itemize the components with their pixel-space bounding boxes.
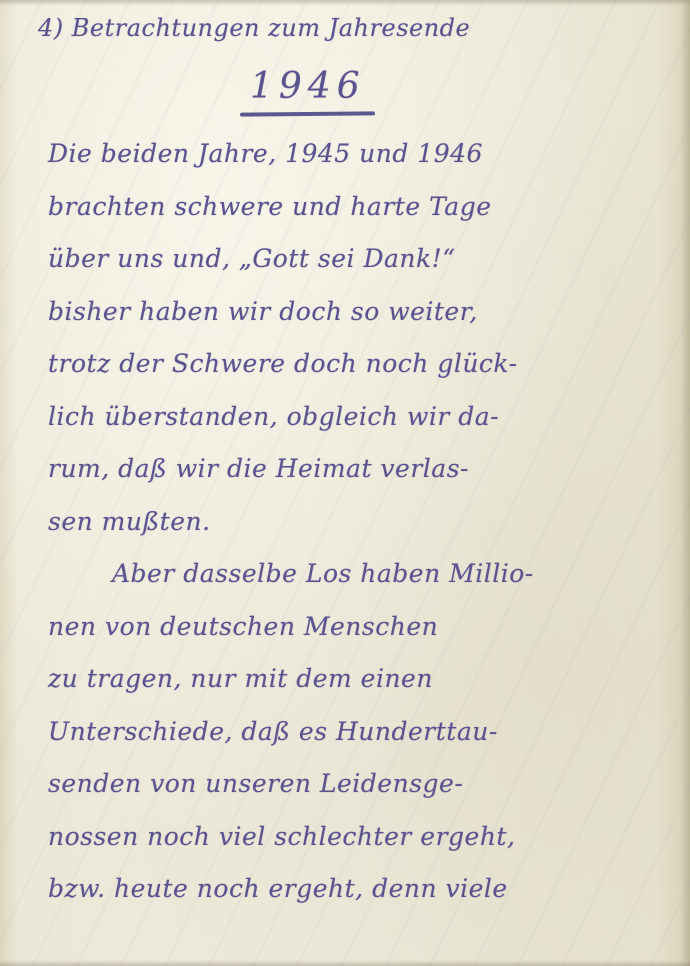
text-line: trotz der Schwere doch noch glück-: [48, 338, 673, 391]
text-line: nen von deutschen Menschen: [48, 601, 673, 654]
text-line: über uns und, „Gott sei Dank!“: [48, 233, 673, 286]
handwritten-body: Die beiden Jahre, 1945 und 1946 brachten…: [48, 128, 673, 916]
text-line: bisher haben wir doch so weiter,: [48, 286, 673, 339]
text-line: nossen noch viel schlechter ergeht,: [48, 811, 673, 864]
text-line: lich überstanden, obgleich wir da-: [48, 391, 673, 444]
page-bottom-edge: [0, 960, 690, 966]
text-line: Unterschiede, daß es Hunderttau-: [48, 706, 673, 759]
year-title: 1946: [250, 66, 366, 107]
page-right-edge: [680, 0, 690, 966]
text-line: zu tragen, nur mit dem einen: [48, 653, 673, 706]
text-line: brachten schwere und harte Tage: [48, 181, 673, 234]
text-line: Die beiden Jahre, 1945 und 1946: [48, 128, 673, 181]
text-line: bzw. heute noch ergeht, denn viele: [48, 863, 673, 916]
text-line: Aber dasselbe Los haben Millio-: [48, 548, 673, 601]
page-heading: 4) Betrachtungen zum Jahresende: [38, 14, 470, 42]
page-top-edge: [0, 0, 690, 6]
text-line: rum, daß wir die Heimat verlas-: [48, 443, 673, 496]
year-underline: [240, 111, 375, 116]
diary-page: 4) Betrachtungen zum Jahresende 1946 Die…: [0, 0, 690, 966]
text-line: sen mußten.: [48, 496, 673, 549]
text-line: senden von unseren Leidensge-: [48, 758, 673, 811]
